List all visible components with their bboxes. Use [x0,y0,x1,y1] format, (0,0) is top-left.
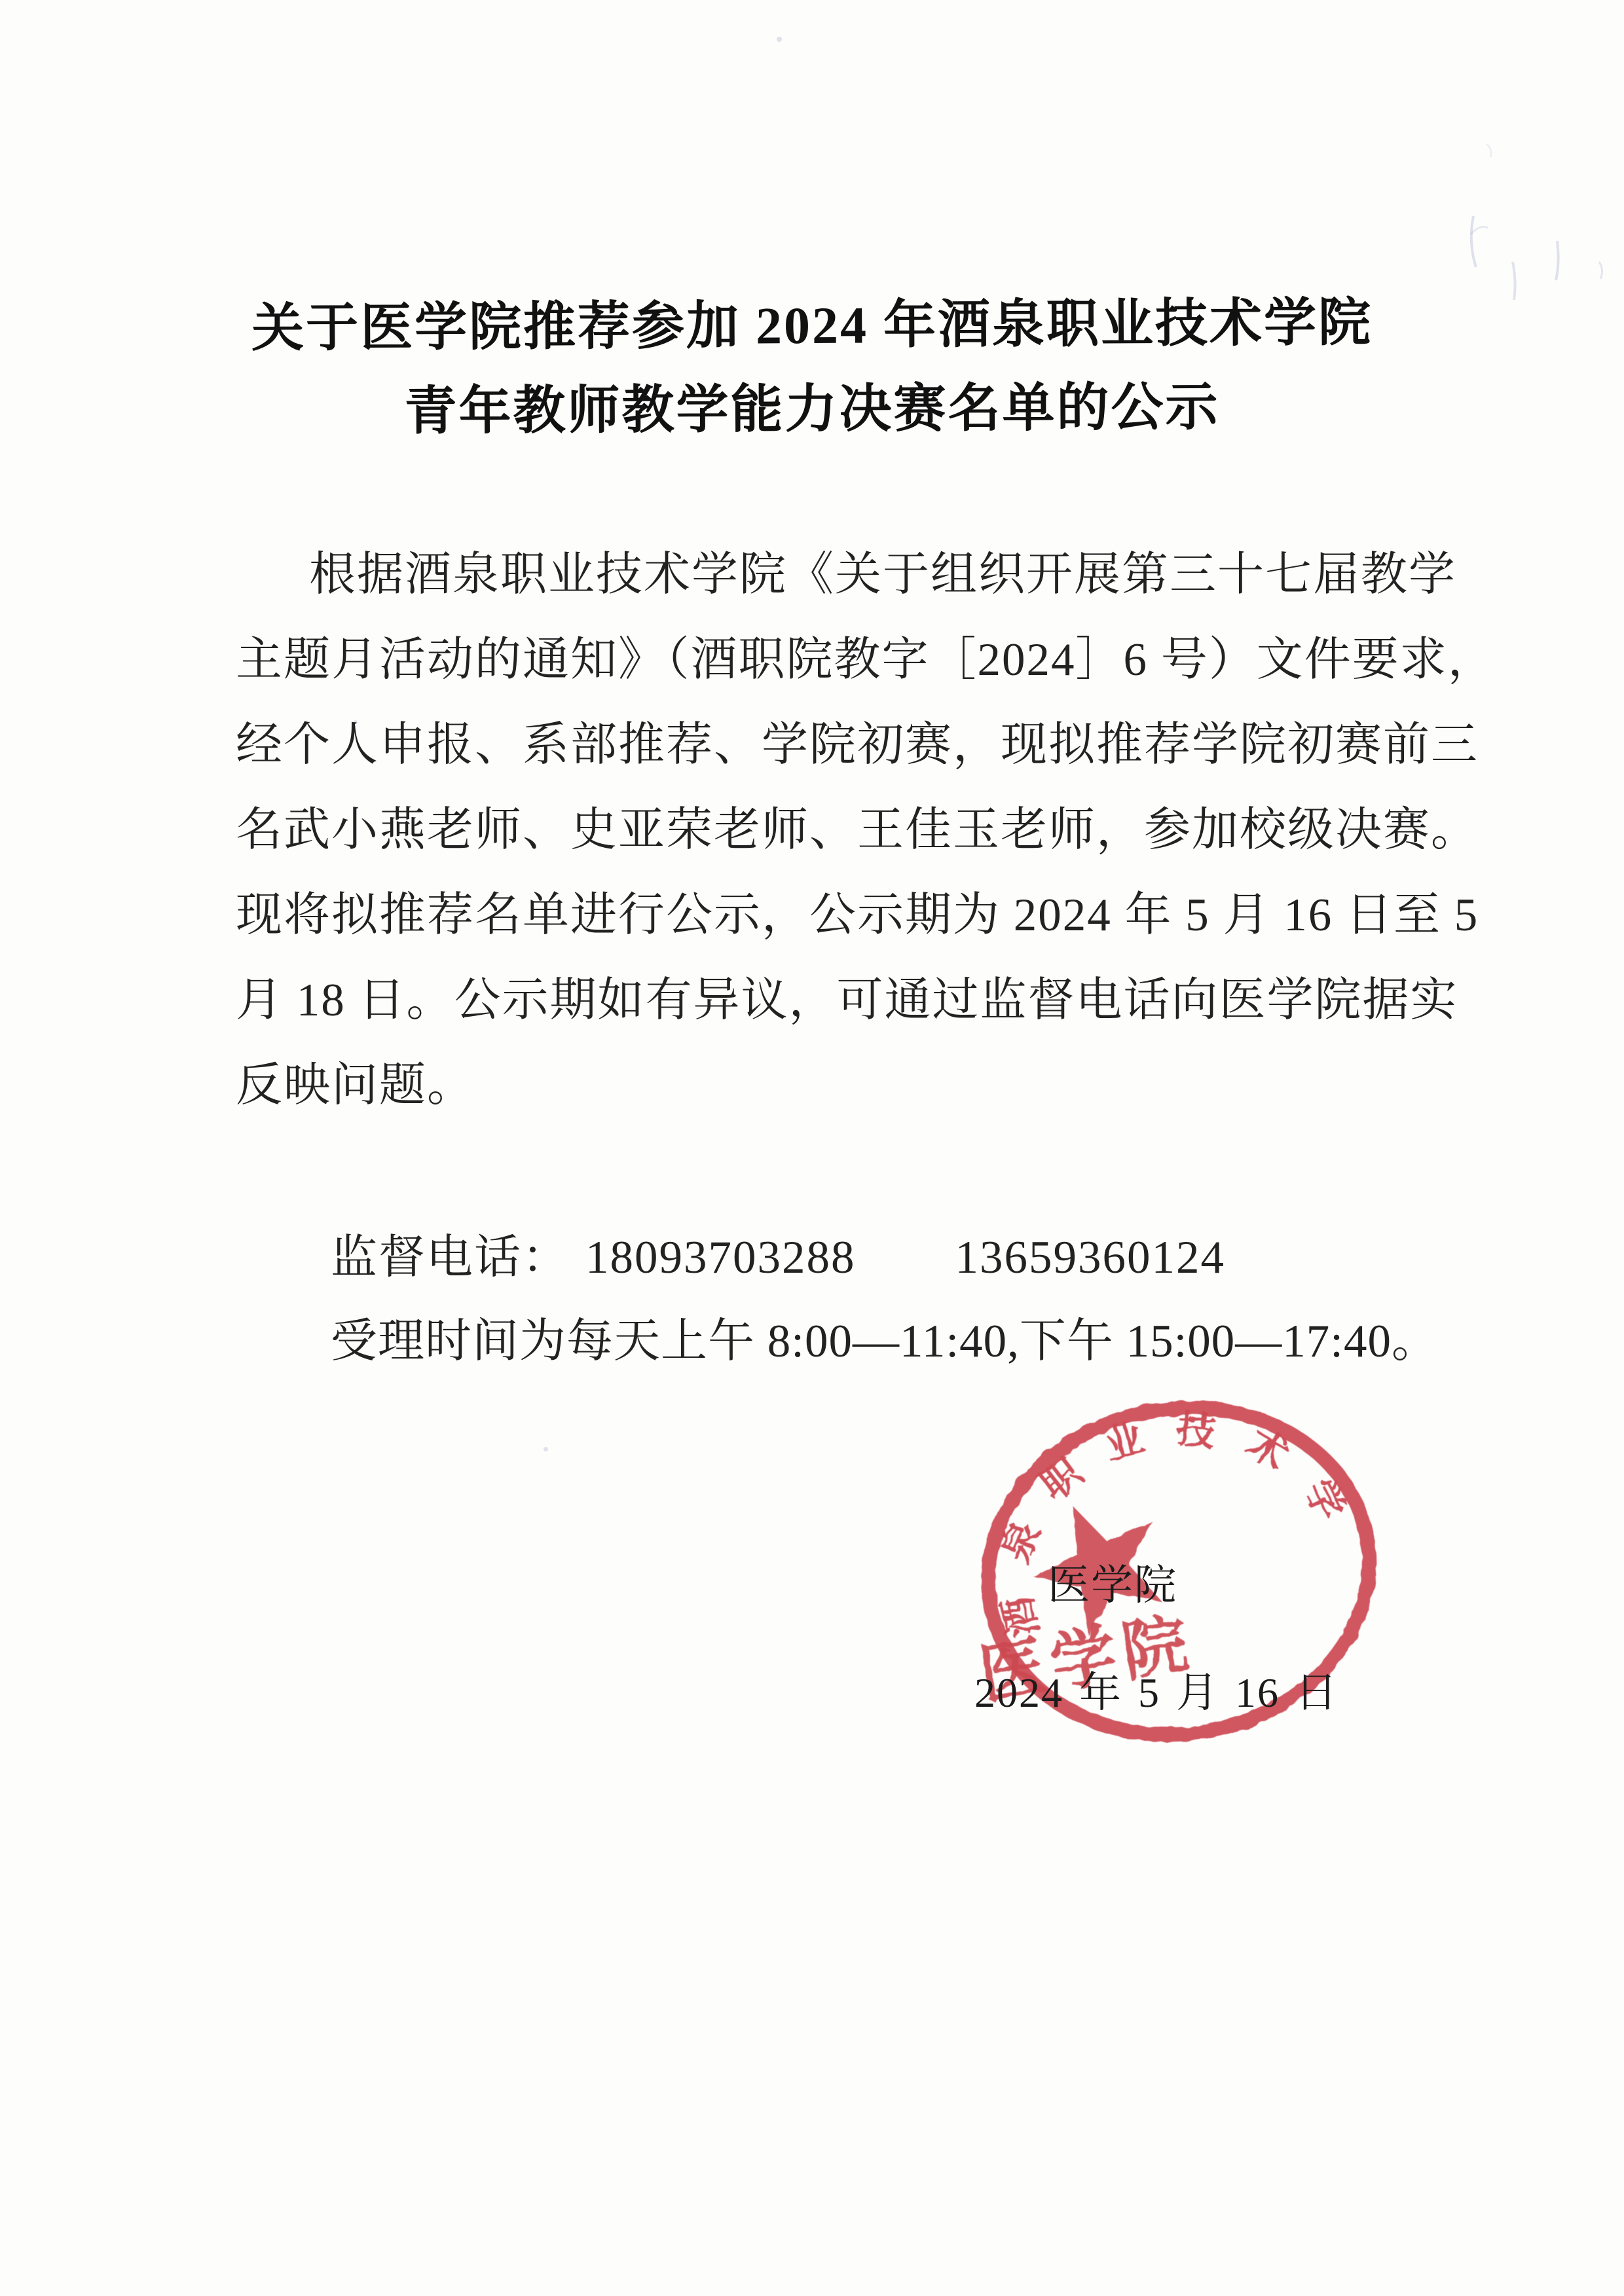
document-title-line-2: 青年教师教学能力决赛名单的公示 [0,363,1624,446]
scan-artifact-marks [1408,65,1624,655]
signature-date: 2024 年 5 月 16 日 [974,1659,1338,1719]
signature-department: 医学院 [1048,1552,1177,1612]
document-title-line-1: 关于医学院推荐参加 2024 年酒泉职业技术学院 [0,279,1624,363]
supervision-phone-number-2: 13659360124 [955,1232,1226,1283]
supervision-phone-line: 监督电话：1809370328813659360124 [331,1215,1225,1300]
body-line: 主题月活动的通知》（酒职院教字［2024］6 号）文件要求， [236,617,1414,702]
body-line: 经个人申报、系部推荐、学院初赛，现拟推荐学院初赛前三 [236,702,1414,788]
supervision-phone-label: 监督电话： [331,1232,570,1283]
scan-speck [544,1447,548,1451]
acceptance-hours-line: 受理时间为每天上午 8:00—11:40,下午 15:00—17:40。 [331,1299,1439,1384]
scan-speck [777,37,782,42]
document-page: 关于医学院推荐参加 2024 年酒泉职业技术学院 青年教师教学能力决赛名单的公示… [0,0,1624,2296]
body-line: 名武小燕老师、史亚荣老师、王佳玉老师，参加校级决赛。 [236,788,1414,873]
body-line: 反映问题。 [236,1043,1414,1128]
body-line: 现将拟推荐名单进行公示，公示期为 2024 年 5 月 16 日至 5 [236,873,1414,958]
body-line: 月 18 日。公示期如有异议，可通过监督电话向医学院据实 [236,958,1414,1043]
supervision-phone-number-1: 18093703288 [585,1232,856,1283]
body-line: 根据酒泉职业技术学院《关于组织开展第三十七届教学 [236,532,1488,617]
